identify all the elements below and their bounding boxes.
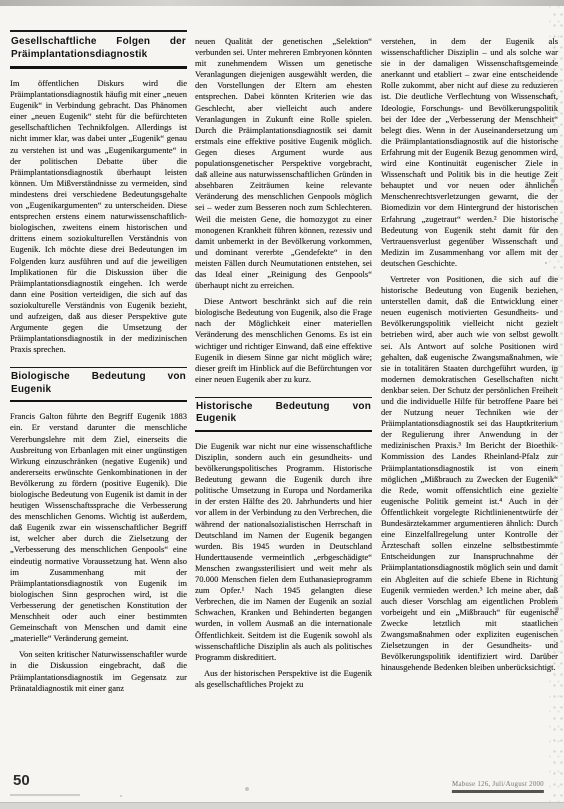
- paragraph-verflechtung: verstehen, in dem der Eugenik als wissen…: [381, 36, 558, 269]
- section-heading-gesellschaftliche-folgen: Gesellschaftliche Folgen der Präimplanta…: [10, 30, 187, 69]
- footer-divider: [10, 794, 80, 796]
- paragraph-vertreter: Vertreter von Positionen, die sich auf d…: [381, 274, 558, 673]
- scanned-page: Gesellschaftliche Folgen der Präimplanta…: [0, 0, 564, 809]
- paragraph-antwort: Diese Antwort beschränkt sich auf die re…: [195, 296, 372, 385]
- column-3: verstehen, in dem der Eugenik als wissen…: [381, 36, 558, 773]
- column-2: neuen Qualität der genetischen „Selektio…: [195, 36, 372, 773]
- paragraph-intro: Im öffentlichen Diskurs wird die Präimpl…: [10, 78, 187, 355]
- scan-edge-top: [0, 0, 564, 6]
- scan-noise: [0, 0, 2, 2]
- column-1: Gesellschaftliche Folgen der Präimplanta…: [10, 30, 187, 767]
- section-heading-biologische-bedeutung: Biologische Bedeutung von Eugenik: [10, 367, 187, 402]
- paragraph-galton: Francis Galton führte den Begriff Eugeni…: [10, 411, 187, 644]
- paragraph-selektion: neuen Qualität der genetischen „Selektio…: [195, 36, 372, 291]
- scan-edge-bottom: [0, 802, 564, 809]
- paragraph-naturwissenschaftler: Von seiten kritischer Naturwissenschaftl…: [10, 649, 187, 693]
- section-heading-historische-bedeutung: Historische Bedeutung von Eugenik: [195, 397, 372, 432]
- page-number: 50: [13, 772, 30, 789]
- paragraph-historisch: Die Eugenik war nicht nur eine wissensch…: [195, 441, 372, 663]
- journal-footer: Mabuse 126, Juli/August 2000: [452, 781, 544, 793]
- paragraph-projekt: Aus der historischen Perspektive ist die…: [195, 668, 372, 690]
